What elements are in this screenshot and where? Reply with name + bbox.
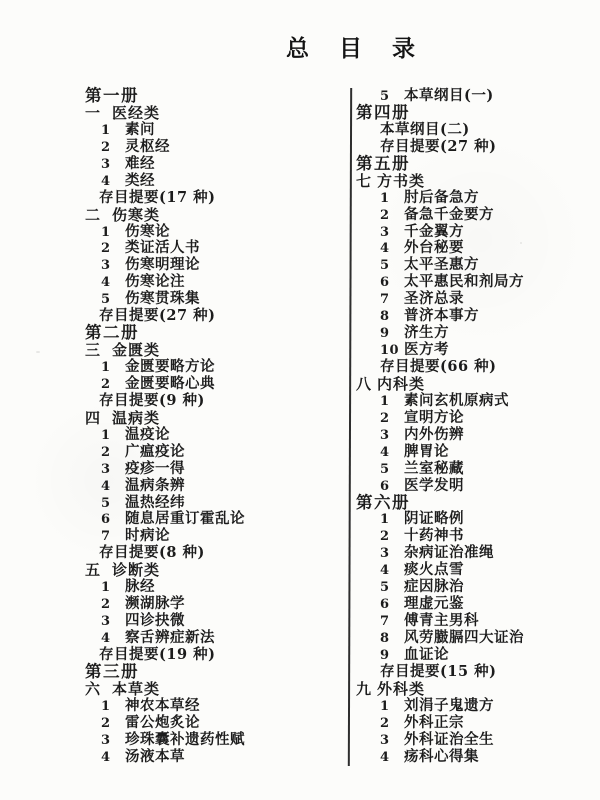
toc-item: 2外科正宗	[356, 715, 600, 732]
item-number: 1	[101, 360, 125, 377]
category-label: 温病类	[112, 409, 160, 427]
item-title: 阴证略例	[404, 510, 464, 527]
item-number: 6	[101, 512, 125, 529]
item-title: 圣济总录	[404, 290, 464, 307]
category-heading: 二伤寒类	[85, 207, 330, 224]
item-number: 5	[101, 496, 125, 513]
toc-item: 3杂病证治准绳	[356, 545, 600, 562]
item-title: 血证论	[404, 646, 449, 663]
toc-item: 4汤液本草	[85, 749, 330, 766]
category-heading: 七方书类	[356, 173, 600, 190]
item-number: 3	[380, 733, 404, 750]
item-title: 普济本事方	[404, 307, 479, 324]
item-title: 伤寒论	[125, 223, 170, 240]
category-label: 伤寒类	[112, 206, 160, 224]
item-number: 3	[101, 462, 125, 479]
category-heading: 九外科类	[356, 681, 600, 698]
category-number: 七	[356, 173, 377, 190]
toc-item: 2广瘟疫论	[85, 444, 330, 461]
volume-heading: 第一册	[85, 88, 330, 105]
toc-item: 1阴证略例	[356, 511, 600, 528]
item-title: 四诊抉微	[125, 612, 185, 629]
category-label: 方书类	[377, 172, 425, 190]
category-number: 五	[85, 562, 112, 579]
item-number: 1	[101, 428, 125, 445]
toc-item: 6太平惠民和剂局方	[356, 274, 600, 291]
note-line: 存目提要(9 种)	[85, 393, 330, 410]
category-heading: 八内科类	[356, 376, 600, 393]
item-number: 2	[101, 241, 125, 258]
item-number: 6	[380, 275, 404, 292]
toc-item: 6随息居重订霍乱论	[85, 511, 330, 528]
item-title: 外科证治全生	[404, 731, 494, 748]
item-title: 症因脉治	[404, 578, 464, 595]
toc-item: 8普济本事方	[356, 308, 600, 325]
category-number: 四	[85, 410, 112, 427]
toc-item: 3千金翼方	[356, 224, 600, 241]
item-number: 2	[101, 445, 125, 462]
item-number: 5	[380, 580, 404, 597]
toc-item: 2金匮要略心典	[85, 376, 330, 393]
item-title: 杂病证治准绳	[404, 544, 494, 561]
category-label: 内科类	[377, 375, 425, 393]
item-number: 2	[101, 140, 125, 157]
page-title: 总 目 录	[286, 30, 426, 63]
item-title: 太平圣惠方	[404, 256, 479, 273]
item-title: 难经	[125, 155, 155, 172]
item-title: 肘后备急方	[404, 189, 479, 206]
item-number: 2	[101, 716, 125, 733]
item-number: 1	[380, 394, 404, 411]
toc-item: 9济生方	[356, 325, 600, 342]
toc-item: 4外台秘要	[356, 240, 600, 257]
category-heading: 一医经类	[85, 105, 330, 122]
item-title: 疡科心得集	[404, 748, 479, 765]
item-title: 医方考	[404, 341, 449, 358]
toc-item: 5症因脉治	[356, 579, 600, 596]
toc-left-column: 第一册一医经类1素问2灵枢经3难经4类经存目提要(17 种)二伤寒类1伤寒论2类…	[85, 88, 330, 766]
scanned-page: 总 目 录 第一册一医经类1素问2灵枢经3难经4类经存目提要(17 种)二伤寒类…	[0, 0, 600, 800]
item-number: 3	[380, 546, 404, 563]
item-number: 3	[101, 733, 125, 750]
toc-item: 1刘涓子鬼遗方	[356, 698, 600, 715]
volume-heading: 第六册	[356, 495, 600, 512]
item-title: 类经	[125, 172, 155, 189]
line-text: 存目提要(19 种)	[99, 646, 215, 663]
item-number: 1	[101, 580, 125, 597]
line-text: 第二册	[85, 323, 139, 342]
toc-item: 2濒湖脉学	[85, 596, 330, 613]
item-title: 兰室秘藏	[404, 460, 464, 477]
category-number: 二	[85, 207, 112, 224]
toc-item: 2宣明方论	[356, 410, 600, 427]
item-title: 痰火点雪	[404, 561, 464, 578]
volume-heading: 第五册	[356, 156, 600, 173]
toc-item: 1素问玄机原病式	[356, 393, 600, 410]
category-heading: 五诊断类	[85, 562, 330, 579]
scan-noise-speck	[150, 537, 153, 539]
line-text: 本草纲目(二)	[380, 121, 470, 138]
item-title: 温疫论	[125, 426, 170, 443]
toc-item: 3伤寒明理论	[85, 257, 330, 274]
item-title: 内外伤辨	[404, 426, 464, 443]
toc-item: 4温病条辨	[85, 478, 330, 495]
toc-item-unnumbered: 本草纲目(二)	[356, 122, 600, 139]
item-title: 素问	[125, 121, 155, 138]
item-number: 4	[101, 275, 125, 292]
item-title: 随息居重订霍乱论	[125, 510, 245, 527]
toc-item: 1肘后备急方	[356, 190, 600, 207]
item-number: 8	[380, 631, 404, 648]
category-label: 金匮类	[112, 341, 160, 359]
toc-item: 1素问	[85, 122, 330, 139]
item-title: 伤寒论注	[125, 273, 185, 290]
toc-item: 2备急千金要方	[356, 207, 600, 224]
volume-heading: 第二册	[85, 325, 330, 342]
item-number: 4	[101, 479, 125, 496]
toc-right-column: 5本草纲目(一)第四册本草纲目(二)存目提要(27 种)第五册七方书类1肘后备急…	[356, 88, 600, 766]
category-number: 六	[85, 681, 112, 698]
item-title: 医学发明	[404, 477, 464, 494]
volume-heading: 第三册	[85, 664, 330, 681]
item-number: 8	[380, 309, 404, 326]
item-title: 汤液本草	[125, 748, 185, 765]
line-text: 存目提要(15 种)	[380, 663, 496, 680]
note-line: 存目提要(17 种)	[85, 190, 330, 207]
category-number: 八	[356, 376, 377, 393]
item-number: 4	[380, 241, 404, 258]
toc-item: 3外科证治全生	[356, 732, 600, 749]
toc-item: 7圣济总录	[356, 291, 600, 308]
item-number: 2	[380, 716, 404, 733]
item-number: 3	[101, 258, 125, 275]
category-heading: 四温病类	[85, 410, 330, 427]
item-title: 千金翼方	[404, 223, 464, 240]
category-number: 一	[85, 105, 112, 122]
line-text: 存目提要(27 种)	[380, 138, 496, 155]
item-number: 7	[380, 292, 404, 309]
item-number: 4	[380, 445, 404, 462]
item-title: 本草纲目(一)	[404, 87, 494, 104]
item-title: 时病论	[125, 527, 170, 544]
item-number: 1	[380, 512, 404, 529]
item-number: 3	[380, 428, 404, 445]
line-text: 存目提要(9 种)	[99, 392, 205, 409]
toc-item: 4察舌辨症新法	[85, 630, 330, 647]
item-number: 5	[380, 258, 404, 275]
toc-item: 8风劳臌膈四大证治	[356, 630, 600, 647]
item-title: 宣明方论	[404, 409, 464, 426]
item-title: 灵枢经	[125, 138, 170, 155]
item-title: 雷公炮炙论	[125, 714, 200, 731]
item-number: 5	[380, 462, 404, 479]
toc-item: 1脉经	[85, 579, 330, 596]
item-title: 温病条辨	[125, 477, 185, 494]
toc-item: 10医方考	[356, 342, 600, 359]
toc-item: 5兰室秘藏	[356, 461, 600, 478]
toc-item: 2雷公炮炙论	[85, 715, 330, 732]
item-title: 珍珠囊补遗药性赋	[125, 731, 245, 748]
item-title: 温热经纬	[125, 494, 185, 511]
item-number: 4	[101, 750, 125, 767]
toc-item: 3疫疹一得	[85, 461, 330, 478]
category-heading: 六本草类	[85, 681, 330, 698]
item-title: 理虚元鉴	[404, 595, 464, 612]
item-title: 傅青主男科	[404, 612, 479, 629]
line-text: 存目提要(8 种)	[99, 544, 205, 561]
toc-item: 6理虚元鉴	[356, 596, 600, 613]
item-title: 外科正宗	[404, 714, 464, 731]
toc-item: 3难经	[85, 156, 330, 173]
scan-noise-speck	[36, 351, 40, 353]
item-title: 伤寒贯珠集	[125, 290, 200, 307]
item-title: 十药神书	[404, 527, 464, 544]
volume-heading: 第四册	[356, 105, 600, 122]
item-number: 7	[380, 614, 404, 631]
note-line: 存目提要(8 种)	[85, 545, 330, 562]
item-number: 2	[101, 597, 125, 614]
item-number: 2	[380, 411, 404, 428]
toc-item: 3内外伤辨	[356, 427, 600, 444]
category-label: 本草类	[112, 680, 160, 698]
toc-item: 2灵枢经	[85, 139, 330, 156]
line-text: 第三册	[85, 662, 139, 681]
item-title: 刘涓子鬼遗方	[404, 697, 494, 714]
toc-item: 3四诊抉微	[85, 613, 330, 630]
line-text: 第四册	[356, 103, 410, 122]
item-title: 广瘟疫论	[125, 443, 185, 460]
line-text: 第五册	[356, 154, 410, 173]
toc-item: 2十药神书	[356, 528, 600, 545]
toc-item: 2类证活人书	[85, 240, 330, 257]
item-title: 伤寒明理论	[125, 256, 200, 273]
item-number: 4	[380, 563, 404, 580]
column-divider	[348, 88, 352, 766]
item-title: 外台秘要	[404, 239, 464, 256]
item-title: 济生方	[404, 324, 449, 341]
item-title: 金匮要略心典	[125, 375, 215, 392]
item-title: 神农本草经	[125, 697, 200, 714]
category-number: 三	[85, 342, 112, 359]
item-title: 脉经	[125, 578, 155, 595]
item-number: 4	[380, 750, 404, 767]
toc-item: 5太平圣惠方	[356, 257, 600, 274]
category-label: 医经类	[112, 104, 160, 122]
item-number: 3	[380, 225, 404, 242]
toc-item: 1伤寒论	[85, 224, 330, 241]
item-title: 风劳臌膈四大证治	[404, 629, 524, 646]
toc-item: 4脾胃论	[356, 444, 600, 461]
toc-item: 9血证论	[356, 647, 600, 664]
line-text: 第六册	[356, 493, 410, 512]
line-text: 存目提要(66 种)	[380, 358, 496, 375]
toc-item: 4类经	[85, 173, 330, 190]
line-text: 存目提要(27 种)	[99, 307, 215, 324]
item-title: 金匮要略方论	[125, 358, 215, 375]
toc-item: 3珍珠囊补遗药性赋	[85, 732, 330, 749]
item-number: 1	[380, 699, 404, 716]
item-number: 6	[380, 597, 404, 614]
toc-item: 4痰火点雪	[356, 562, 600, 579]
item-number: 3	[101, 614, 125, 631]
category-label: 外科类	[377, 680, 425, 698]
toc-item: 1金匮要略方论	[85, 359, 330, 376]
line-text: 存目提要(17 种)	[99, 189, 215, 206]
item-title: 察舌辨症新法	[125, 629, 215, 646]
toc-item: 7时病论	[85, 528, 330, 545]
note-line: 存目提要(66 种)	[356, 359, 600, 376]
toc-item: 7傅青主男科	[356, 613, 600, 630]
item-number: 2	[380, 529, 404, 546]
item-title: 太平惠民和剂局方	[404, 273, 524, 290]
item-number: 1	[380, 191, 404, 208]
item-title: 类证活人书	[125, 239, 200, 256]
category-label: 诊断类	[112, 561, 160, 579]
category-heading: 三金匮类	[85, 342, 330, 359]
item-number: 9	[380, 326, 404, 343]
line-text: 第一册	[85, 86, 139, 105]
toc-item: 1神农本草经	[85, 698, 330, 715]
toc-item: 4疡科心得集	[356, 749, 600, 766]
item-number: 1	[101, 123, 125, 140]
item-number: 1	[101, 225, 125, 242]
item-title: 脾胃论	[404, 443, 449, 460]
item-title: 濒湖脉学	[125, 595, 185, 612]
note-line: 存目提要(15 种)	[356, 664, 600, 681]
toc-item: 5伤寒贯珠集	[85, 291, 330, 308]
item-title: 备急千金要方	[404, 206, 494, 223]
toc-item: 1温疫论	[85, 427, 330, 444]
item-number: 2	[380, 208, 404, 225]
toc-item: 5温热经纬	[85, 495, 330, 512]
toc-item: 4伤寒论注	[85, 274, 330, 291]
item-number: 1	[101, 699, 125, 716]
item-number: 3	[101, 157, 125, 174]
item-title: 素问玄机原病式	[404, 392, 509, 409]
scan-noise-speck	[520, 242, 522, 244]
item-title: 疫疹一得	[125, 460, 185, 477]
category-number: 九	[356, 681, 377, 698]
